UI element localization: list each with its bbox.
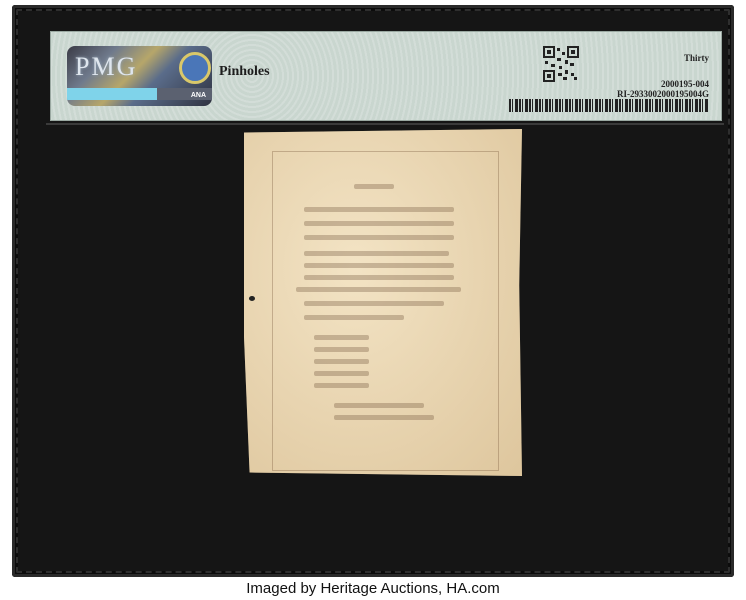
note-text-line [304, 235, 454, 240]
note-text-line [304, 251, 449, 256]
note-text-line [304, 315, 404, 320]
note-text-line [314, 383, 369, 388]
note-text-line [304, 263, 454, 268]
image-credit: Imaged by Heritage Auctions, HA.com [0, 580, 746, 597]
qr-code-icon [543, 46, 579, 82]
note-frame [272, 151, 499, 471]
pmg-logo: PMG [75, 52, 137, 82]
pmg-hologram: PMG ANA [67, 46, 212, 106]
pinhole-mark [249, 296, 255, 301]
note-text-line [334, 403, 424, 408]
label-divider [46, 123, 724, 125]
ana-badge: ANA [191, 92, 206, 99]
note-text-line [304, 221, 454, 226]
note-text-line [314, 359, 369, 364]
note-text-line [304, 207, 454, 212]
note-text-line [354, 184, 394, 189]
grade-text: Thirty [684, 53, 709, 63]
currency-note-back [244, 129, 522, 476]
note-text-line [314, 371, 369, 376]
note-text-line [296, 287, 461, 292]
note-text-line [304, 301, 444, 306]
note-text-line [334, 415, 434, 420]
holder-label: PMG ANA Pinholes Thirty 2000195-004 RI-2… [50, 31, 722, 121]
cert-number: 2000195-004 [661, 79, 709, 89]
hologram-bar [67, 88, 157, 100]
catalog-number: RI-2933002000195004G [617, 89, 709, 99]
note-text-line [304, 275, 454, 280]
label-comment: Pinholes [219, 64, 270, 80]
hologram-seal-icon [179, 52, 211, 84]
barcode-icon [509, 99, 709, 112]
note-text-line [314, 347, 369, 352]
note-text-line [314, 335, 369, 340]
